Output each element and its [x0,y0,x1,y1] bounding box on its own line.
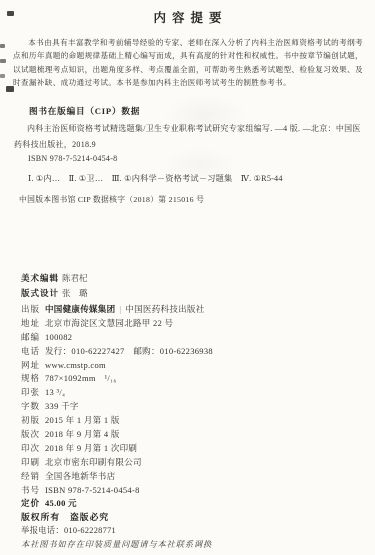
publication-label: 电话 [21,345,45,357]
publication-row-address: 地址 北京市海淀区文慧园北路甲 22 号 [21,316,365,330]
publisher-group-name: 中国健康传媒集团 [45,304,115,314]
publisher-name: 中国医药科技出版社 [125,304,204,314]
publication-value: 2015 年 1 月第 1 版 [45,414,120,426]
publication-label: 字数 [21,400,45,412]
publication-value: 339 千字 [45,400,79,412]
publication-value: 13 ³/₄ [45,387,65,397]
publication-row-printing: 印次 2018 年 9 月第 1 次印刷 [21,441,365,455]
publication-row-postcode: 邮编 100082 [21,330,365,344]
publisher-separator: | [119,305,121,314]
publication-label: 印刷 [21,456,45,468]
publication-value: ISBN 978-7-5214-0454-8 [45,485,140,495]
report-phone: 举报电话：010-62228771 [21,524,116,536]
publication-row-edition: 版次 2018 年 9 月第 4 版 [21,427,365,441]
publication-label: 版次 [21,428,45,440]
cip-classification: Ⅰ. ①内… Ⅱ. ①卫… Ⅲ. ①内科学－资格考试－习题集 Ⅳ. ①R5-44 [28,173,283,184]
publication-value: 100082 [45,332,72,342]
publication-row-first-edition: 初版 2015 年 1 月第 1 版 [21,413,365,427]
publication-label: 印张 [21,386,45,398]
price-value: 45.00 元 [45,497,77,509]
publication-value: 全国各地新华书店 [45,470,115,482]
publication-label: 初版 [21,414,45,426]
credits-section: 美术编辑 陈君杞 版式设计 张 璐 [21,270,88,300]
publication-label: 经销 [21,470,45,482]
publication-row-wordcount: 字数 339 千字 [21,399,365,413]
book-copyright-page: 内容提要 本书由具有丰富教学和考前辅导经验的专家、老师在深入分析了内科主治医师资… [0,0,375,555]
credit-label: 美术编辑 [21,272,62,284]
summary-title: 内容提要 [0,8,375,26]
publication-label: 网址 [21,359,45,371]
scan-artifact [0,74,5,78]
publisher-value: 中国健康传媒集团|中国医药科技出版社 [45,303,205,315]
credit-label: 版式设计 [21,287,62,299]
publication-row-phone: 电话 发行：010-62227427 邮购：010-62236938 [21,344,365,358]
publication-row-website: 网址 www.cmstp.com [21,358,365,372]
publication-row-sheets: 印张 13 ³/₄ [21,385,365,399]
publication-label: 地址 [21,317,45,329]
cip-isbn: ISBN 978-7-5214-0454-8 [28,154,117,163]
copyright-footer: 版权所有 盗版必究 举报电话：010-62228771 本社图书如存在印装质量问… [21,509,365,552]
summary-paragraph: 本书由具有丰富教学和考前辅导经验的专家、老师在深入分析了内科主治医师资格考试的考… [13,36,363,89]
cip-record-number: 中国版本图书馆 CIP 数据核字（2018）第 215016 号 [19,194,204,205]
credit-value: 陈君杞 [62,272,88,284]
exchange-notice: 本社图书如存在印装质量问题请与本社联系调换 [21,538,212,550]
publication-label: 出版 [21,303,45,315]
publication-value: 787×1092mm ¹/₁₆ [45,372,117,384]
publication-row-printer: 印刷 北京市密东印刷有限公司 [21,455,365,469]
publication-label: 印次 [21,442,45,454]
cip-entry: 内科主治医师资格考试精选题集/卫生专业职称考试研究专家组编写. —4 版. —北… [14,121,364,152]
publication-row-format: 规格 787×1092mm ¹/₁₆ [21,371,365,385]
credit-row: 版式设计 张 璐 [21,285,88,300]
publication-row-isbn: 书号 ISBN 978-7-5214-0454-8 [21,483,365,497]
publication-value: 北京市海淀区文慧园北路甲 22 号 [45,317,173,329]
publication-value: www.cmstp.com [45,360,106,370]
publication-row-publisher: 出版 中国健康传媒集团|中国医药科技出版社 [21,302,365,316]
publication-label: 规格 [21,372,45,384]
copyright-notice: 版权所有 盗版必究 [21,510,109,523]
scan-artifact [0,59,6,63]
cip-heading: 图书在版编目（CIP）数据 [29,105,140,117]
publication-label: 定价 [21,497,45,509]
publication-label: 书号 [21,484,45,496]
publication-value: 发行：010-62227427 邮购：010-62236938 [45,345,213,357]
credit-row: 美术编辑 陈君杞 [21,270,88,285]
publication-row-distributor: 经销 全国各地新华书店 [21,469,365,483]
publication-value: 2018 年 9 月第 1 次印刷 [45,442,137,454]
credit-value: 张 璐 [62,287,88,299]
publication-info-section: 出版 中国健康传媒集团|中国医药科技出版社 地址 北京市海淀区文慧园北路甲 22… [21,302,365,510]
scan-artifact [0,44,5,48]
publication-value: 北京市密东印刷有限公司 [45,456,142,468]
publication-label: 邮编 [21,331,45,343]
publication-value: 2018 年 9 月第 4 版 [45,428,120,440]
